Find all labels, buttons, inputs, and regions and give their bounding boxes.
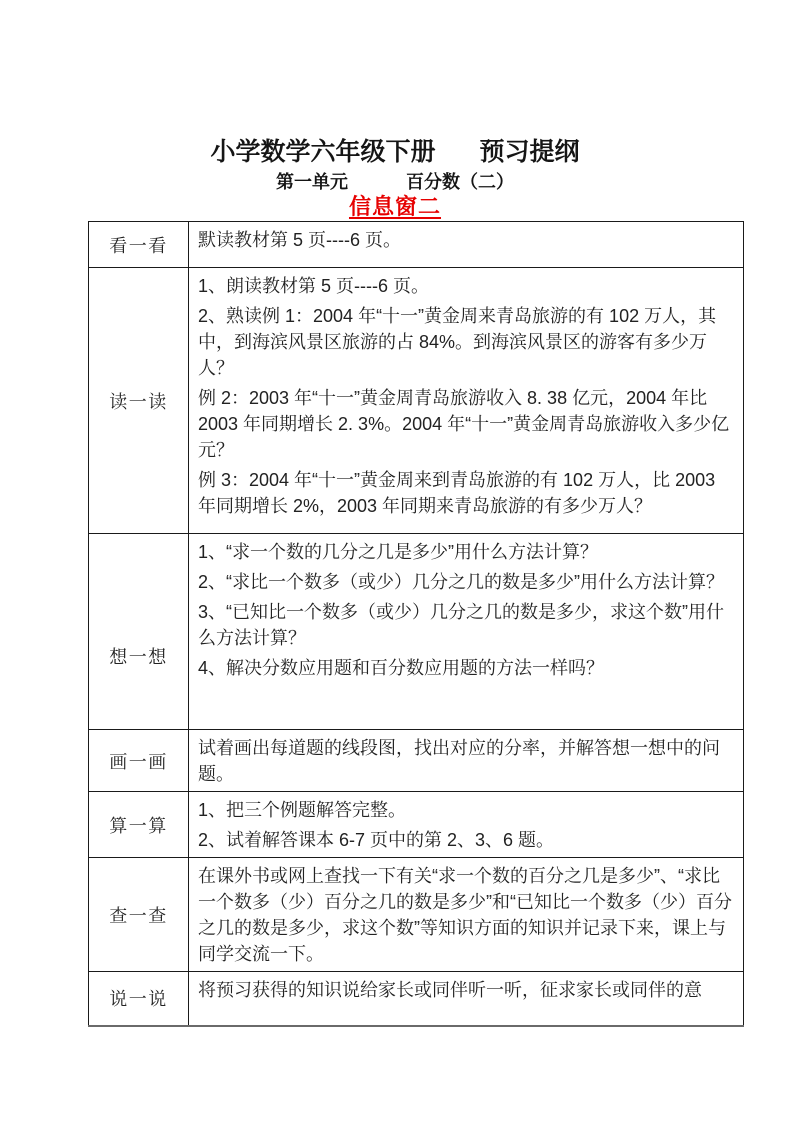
subtitle-topic: 百分数（二） [406, 170, 514, 194]
row-paragraph: 4、解决分数应用题和百分数应用题的方法一样吗？ [198, 655, 735, 681]
page-title: 小学数学六年级下册 预习提纲 [0, 136, 790, 168]
table-row: 画一画试着画出每道题的线段图，找出对应的分率，并解答想一想中的问题。 [89, 730, 744, 792]
table-row: 算一算1、把三个例题解答完整。2、试着解答课本 6-7 页中的第 2、3、6 题… [89, 792, 744, 858]
row-paragraph: 试着画出每道题的线段图，找出对应的分率，并解答想一想中的问题。 [198, 735, 735, 787]
row-content: 1、把三个例题解答完整。2、试着解答课本 6-7 页中的第 2、3、6 题。 [189, 792, 744, 858]
table-row: 说一说将预习获得的知识说给家长或同伴听一听，征求家长或同伴的意 [89, 972, 744, 1026]
row-paragraph: 例 3：2004 年“十一”黄金周来到青岛旅游的有 102 万人，比 2003 … [198, 467, 735, 519]
table-row: 想一想1、“求一个数的几分之几是多少”用什么方法计算？2、“求比一个数多（或少）… [89, 534, 744, 730]
row-paragraph: 将预习获得的知识说给家长或同伴听一听，征求家长或同伴的意 [198, 977, 735, 1003]
section-heading: 信息窗二 [0, 194, 790, 220]
document-page: 小学数学六年级下册 预习提纲 第一单元 百分数（二） 信息窗二 看一看默读教材第… [0, 0, 790, 1122]
page-title-right: 预习提纲 [480, 136, 580, 168]
row-content: 1、朗读教材第 5 页----6 页。2、熟读例 1：2004 年“十一”黄金周… [189, 268, 744, 534]
row-paragraph: 2、“求比一个数多（或少）几分之几的数是多少”用什么方法计算？ [198, 569, 735, 595]
row-paragraph: 在课外书或网上查找一下有关“求一个数的百分之几是多少”、“求比一个数多（少）百分… [198, 863, 735, 967]
row-content: 在课外书或网上查找一下有关“求一个数的百分之几是多少”、“求比一个数多（少）百分… [189, 858, 744, 972]
subtitle-unit: 第一单元 [276, 170, 348, 194]
row-paragraph: 默读教材第 5 页----6 页。 [198, 227, 735, 253]
row-paragraph: 例 2：2003 年“十一”黄金周青岛旅游收入 8. 38 亿元，2004 年比… [198, 385, 735, 463]
row-paragraph: 3、“已知比一个数多（或少）几分之几的数是多少，求这个数”用什么方法计算？ [198, 599, 735, 651]
table-row: 看一看默读教材第 5 页----6 页。 [89, 222, 744, 268]
page-title-left: 小学数学六年级下册 [210, 136, 435, 168]
table-row: 查一查在课外书或网上查找一下有关“求一个数的百分之几是多少”、“求比一个数多（少… [89, 858, 744, 972]
row-content: 将预习获得的知识说给家长或同伴听一听，征求家长或同伴的意 [189, 972, 744, 1026]
row-label: 画一画 [89, 730, 189, 792]
row-label: 算一算 [89, 792, 189, 858]
page-subtitle: 第一单元 百分数（二） [0, 170, 790, 194]
row-content: 1、“求一个数的几分之几是多少”用什么方法计算？2、“求比一个数多（或少）几分之… [189, 534, 744, 730]
row-content: 试着画出每道题的线段图，找出对应的分率，并解答想一想中的问题。 [189, 730, 744, 792]
row-label: 读一读 [89, 268, 189, 534]
row-paragraph: 2、试着解答课本 6-7 页中的第 2、3、6 题。 [198, 827, 735, 853]
row-paragraph: 1、朗读教材第 5 页----6 页。 [198, 273, 735, 299]
table-row: 读一读1、朗读教材第 5 页----6 页。2、熟读例 1：2004 年“十一”… [89, 268, 744, 534]
row-label: 说一说 [89, 972, 189, 1026]
row-label: 查一查 [89, 858, 189, 972]
prep-table: 看一看默读教材第 5 页----6 页。读一读1、朗读教材第 5 页----6 … [88, 221, 744, 1027]
row-paragraph: 2、熟读例 1：2004 年“十一”黄金周来青岛旅游的有 102 万人，其中，到… [198, 303, 735, 381]
row-content: 默读教材第 5 页----6 页。 [189, 222, 744, 268]
prep-table-body: 看一看默读教材第 5 页----6 页。读一读1、朗读教材第 5 页----6 … [89, 222, 744, 1026]
row-paragraph: 1、把三个例题解答完整。 [198, 797, 735, 823]
row-paragraph: 1、“求一个数的几分之几是多少”用什么方法计算？ [198, 539, 735, 565]
row-label: 想一想 [89, 534, 189, 730]
row-label: 看一看 [89, 222, 189, 268]
